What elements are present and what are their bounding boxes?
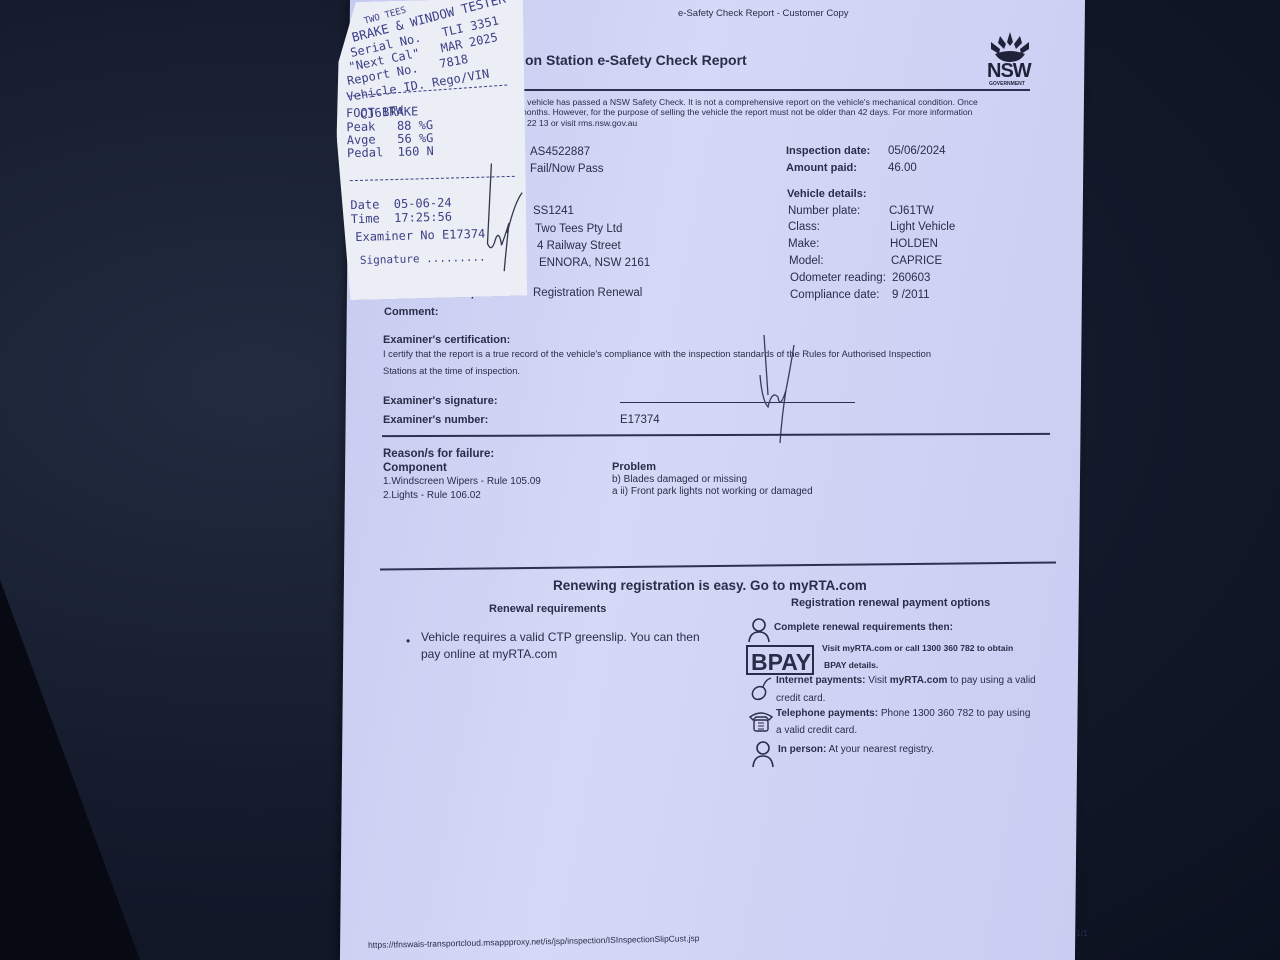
examiner-signature-label: Examiner's signature: <box>383 395 498 407</box>
receipt-time: Time 17:25:56 <box>351 210 452 227</box>
certification-text-2: Stations at the time of inspection. <box>383 366 520 376</box>
signature-line <box>620 402 855 403</box>
internet-payments-label: Internet payments: <box>776 675 865 686</box>
shadow <box>0 580 140 960</box>
report-number: AS4522887 <box>530 146 590 158</box>
intro-line-1: e vehicle has passed a NSW Safety Check.… <box>520 97 978 107</box>
nsw-logo-subtext: GOVERNMENT <box>989 81 1025 87</box>
receipt-signature-scribble <box>477 163 526 274</box>
internet-text: Visit <box>868 675 890 686</box>
vehicle-details-heading: Vehicle details: <box>787 188 866 200</box>
in-person-text: At your nearest registry. <box>829 744 934 755</box>
bpay-line-2: BPAY details. <box>824 660 878 670</box>
internet-payments: Internet payments: Visit myRTA.com to pa… <box>776 675 1036 686</box>
renewal-banner: Renewing registration is easy. Go to myR… <box>553 578 867 593</box>
examiner-number: E17374 <box>620 414 660 426</box>
report-result: Fail/Now Pass <box>530 163 604 175</box>
intro-line-2: nonths. However, for the purpose of sell… <box>522 107 972 117</box>
examiner-number-label: Examiner's number: <box>383 414 488 426</box>
renewal-requirements-heading: Renewal requirements <box>489 603 606 615</box>
receipt-pedal-value: 160 N <box>397 144 433 159</box>
brake-tester-receipt: TWO TEES BRAKE & WINDOW TESTER Serial No… <box>333 0 531 300</box>
inspection-date: 05/06/2024 <box>888 145 946 157</box>
certification-heading: Examiner's certification: <box>383 334 510 346</box>
receipt-date-label: Date <box>350 197 379 212</box>
amount-paid-label: Amount paid: <box>786 162 857 174</box>
failure-problem: a ii) Front park lights not working or d… <box>612 486 813 497</box>
person-icon <box>746 617 772 643</box>
vehicle-field-label: Make: <box>788 238 819 250</box>
vehicle-field-value: Light Vehicle <box>890 221 955 233</box>
receipt-signature: Signature ......... <box>360 251 486 267</box>
comment-label: Comment: <box>384 306 438 318</box>
payment-options-heading: Registration renewal payment options <box>791 597 990 609</box>
bpay-line-1: Visit myRTA.com or call 1300 360 782 to … <box>822 643 1013 653</box>
component-column-header: Component <box>383 462 447 474</box>
computer-mouse-icon <box>749 676 773 702</box>
receipt-examiner-label: Examiner No <box>355 228 435 244</box>
station-address-2: ENNORA, NSW 2161 <box>539 257 650 269</box>
telephone-icon <box>748 709 774 733</box>
nsw-logo-text: NSW <box>987 60 1031 83</box>
receipt-time-value: 17:25:56 <box>394 210 452 226</box>
telephone-payments: Telephone payments: Phone 1300 360 782 t… <box>776 708 1030 719</box>
station-number: SS1241 <box>533 205 574 217</box>
bpay-logo-text: BPAY <box>751 649 811 675</box>
receipt-date-value: 05-06-24 <box>394 196 452 212</box>
page-number: 1/1 <box>1076 928 1088 938</box>
station-address-1: 4 Railway Street <box>537 240 621 252</box>
internet-payments-line-2: credit card. <box>776 693 825 704</box>
failure-problem: b) Blades damaged or missing <box>612 474 747 485</box>
intro-line-3: 22 13 or visit rms.nsw.gov.au <box>527 118 637 128</box>
receipt-pedal: Pedal 160 N <box>347 144 434 160</box>
failure-heading: Reason/s for failure: <box>383 448 494 460</box>
requirement-line-1: Vehicle requires a valid CTP greenslip. … <box>421 630 700 644</box>
amount-paid: 46.00 <box>888 162 917 174</box>
inspection-date-label: Inspection date: <box>786 145 870 157</box>
in-person: In person: At your nearest registry. <box>778 744 934 755</box>
failure-component: 2.Lights - Rule 106.02 <box>383 490 481 501</box>
header-divider <box>520 89 1030 91</box>
vehicle-field-value: 260603 <box>892 272 930 284</box>
in-person-label: In person: <box>778 744 826 755</box>
vehicle-field-label: Compliance date: <box>790 289 880 301</box>
person-icon <box>750 740 776 768</box>
vehicle-field-value: CAPRICE <box>891 255 942 267</box>
vehicle-field-label: Odometer reading: <box>790 272 886 284</box>
internet-text: to pay using a valid <box>947 675 1035 686</box>
vehicle-field-label: Number plate: <box>788 205 860 217</box>
receipt-examiner: Examiner No E17374 <box>355 227 485 244</box>
vehicle-field-label: Model: <box>789 255 824 267</box>
bpay-logo: BPAY <box>746 645 814 675</box>
requirement-line-2: pay online at myRTA.com <box>421 647 557 661</box>
vehicle-field-value: 9 /2011 <box>892 289 930 301</box>
telephone-payments-label: Telephone payments: <box>776 708 878 719</box>
copy-label: e-Safety Check Report - Customer Copy <box>678 8 849 19</box>
station-name: Two Tees Pty Ltd <box>535 223 622 235</box>
report-title: on Station e-Safety Check Report <box>525 52 747 68</box>
examiner-signature-scribble <box>750 335 800 445</box>
bullet: • <box>406 634 410 648</box>
vehicle-field-value: HOLDEN <box>890 238 938 250</box>
failure-component: 1.Windscreen Wipers - Rule 105.09 <box>383 476 541 487</box>
vehicle-field-value: CJ61TW <box>889 205 934 217</box>
vehicle-field-label: Class: <box>788 221 820 233</box>
receipt-time-label: Time <box>351 211 380 226</box>
myrta-link[interactable]: myRTA.com <box>890 675 948 686</box>
receipt-pedal-label: Pedal <box>347 145 383 160</box>
certification-text-1: I certify that the report is a true reco… <box>383 349 931 359</box>
inspection-type: Registration Renewal <box>533 287 642 299</box>
telephone-payments-line-2: a valid credit card. <box>776 725 857 736</box>
complete-requirements-label: Complete renewal requirements then: <box>774 622 953 633</box>
problem-column-header: Problem <box>612 461 656 473</box>
telephone-text: Phone 1300 360 782 to pay using <box>881 708 1031 719</box>
